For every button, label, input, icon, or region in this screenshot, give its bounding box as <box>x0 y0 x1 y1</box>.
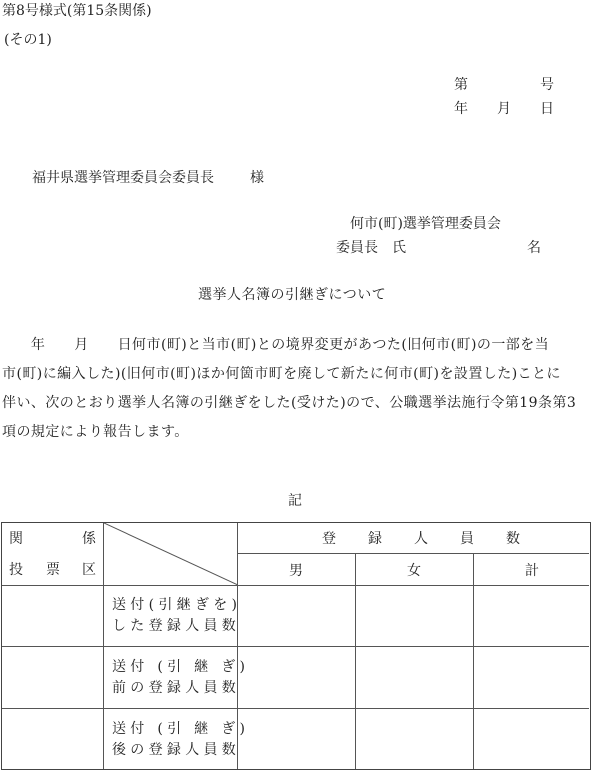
body-line: 伴い、次のとおり選挙人名簿の引継ぎをした(受けた)ので、公職選挙法施行令第19条… <box>2 389 592 418</box>
form-number: 第8号様式(第15条関係) <box>2 4 152 18</box>
form-part: (その1) <box>4 33 52 47</box>
date-year: 年 <box>454 102 468 116</box>
header-kan: 関 <box>9 532 23 546</box>
row-label-transferred: 送付(引継ぎを) した登録人員数 <box>112 595 241 637</box>
date-month: 月 <box>497 102 511 116</box>
sender-organization: 何市(町)選挙管理委員会 <box>350 217 501 231</box>
addressee-honorific: 様 <box>250 170 264 186</box>
sender-shi: 氏 <box>392 240 406 256</box>
row-label-before: 送付 (引 継 ぎ) 前の登録人員数 <box>112 657 249 699</box>
header-hyou: 票 <box>46 563 60 577</box>
col-divider <box>473 554 474 769</box>
addressee-name: 福井県選挙管理委員会委員長 <box>32 170 214 186</box>
body-line: 市(町)に編入した)(旧何市(町)ほか何箇市町を廃して新たに何市(町)を設置した… <box>2 360 592 389</box>
diagonal-slash <box>104 523 238 586</box>
column-female: 女 <box>407 564 421 578</box>
row-divider <box>2 646 589 647</box>
column-total: 計 <box>525 564 539 578</box>
registration-table: 関 係 投 票 区 登 録 人 員 数 男 女 計 送付(引継ぎを) した登録人… <box>1 522 591 770</box>
addressee: 福井県選挙管理委員会委員長様 <box>32 171 264 185</box>
header-group-char: 員 <box>460 532 474 546</box>
header-kei: 係 <box>82 532 96 546</box>
row-divider <box>237 553 589 554</box>
row-label-line: 送付 (引 継 ぎ) <box>112 719 249 740</box>
document-title: 選挙人名簿の引継ぎについて <box>198 288 386 302</box>
column-male: 男 <box>289 564 303 578</box>
date-day: 日 <box>540 102 554 116</box>
row-label-line: 後の登録人員数 <box>112 740 249 761</box>
row-label-line: 送付(引継ぎを) <box>112 595 241 616</box>
doc-number-go: 号 <box>540 78 554 92</box>
row-divider <box>2 585 589 586</box>
header-group-char: 数 <box>506 532 520 546</box>
sender-mei: 名 <box>527 241 541 255</box>
header-group-char: 登 <box>322 532 336 546</box>
header-group-char: 録 <box>368 532 382 546</box>
row-label-after: 送付 (引 継 ぎ) 後の登録人員数 <box>112 719 249 761</box>
row-divider <box>2 708 589 709</box>
sender-title: 委員長 <box>336 240 378 256</box>
row-label-line: 前の登録人員数 <box>112 678 249 699</box>
header-group-char: 人 <box>414 532 428 546</box>
ki-heading: 記 <box>288 494 302 508</box>
body-paragraph: 年 月 日何市(町)と当市(町)との境界変更があつた(旧何市(町)の一部を当 市… <box>2 331 592 447</box>
row-label-line: した登録人員数 <box>112 616 241 637</box>
header-tou: 投 <box>9 563 23 577</box>
sender-chief: 委員長氏 <box>336 241 406 255</box>
col-divider <box>355 554 356 769</box>
body-line: 項の規定により報告します。 <box>2 418 592 447</box>
header-ku: 区 <box>82 563 96 577</box>
body-line: 年 月 日何市(町)と当市(町)との境界変更があつた(旧何市(町)の一部を当 <box>2 331 592 360</box>
doc-number-dai: 第 <box>454 78 468 92</box>
row-label-line: 送付 (引 継 ぎ) <box>112 657 249 678</box>
